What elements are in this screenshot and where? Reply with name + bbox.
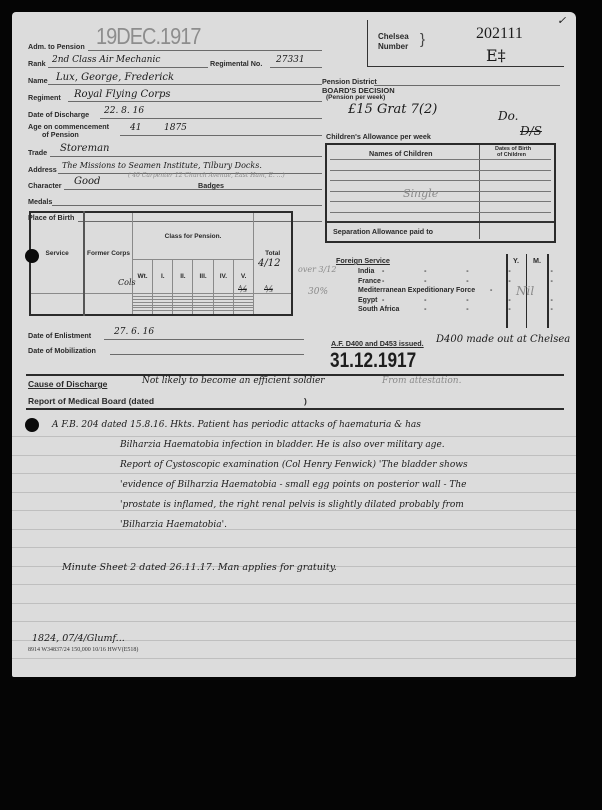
class-cell bbox=[193, 311, 213, 315]
ruled-line bbox=[12, 529, 576, 530]
trade-label: Trade bbox=[28, 148, 47, 157]
children-row-line bbox=[330, 180, 551, 181]
children-row-line bbox=[330, 201, 551, 202]
class-cell bbox=[153, 311, 173, 315]
childrens-allowance-label: Children's Allowance per week bbox=[326, 132, 431, 141]
address-note: ( 40 Carpenter 12 Church Avenue, East Ha… bbox=[128, 172, 285, 179]
class-column-header: III. bbox=[193, 260, 213, 294]
dob-header-line2: of Children bbox=[497, 152, 526, 158]
name-value: Lux, George, Frederick bbox=[56, 72, 174, 83]
punch-hole bbox=[25, 249, 39, 263]
children-table: Names of Children Dates of Birth of Chil… bbox=[325, 143, 556, 243]
class-for-pension-header: Class for Pension. bbox=[132, 212, 253, 260]
total-value: 4/12 bbox=[258, 258, 280, 269]
date-of-enlistment-label: Date of Enlistment bbox=[28, 331, 91, 340]
class-column-header: II. bbox=[173, 260, 193, 294]
total-header: Total bbox=[254, 212, 292, 294]
medical-board-label: Report of Medical Board (dated bbox=[28, 396, 154, 406]
adm-to-pension-label: Adm. to Pension bbox=[28, 42, 85, 51]
leader-dashes: - bbox=[490, 287, 492, 294]
medical-note-line: A F.B. 204 dated 15.8.16. Hkts. Patient … bbox=[52, 420, 421, 430]
ruled-line bbox=[12, 621, 576, 622]
foreign-service-label: Foreign Service bbox=[336, 256, 390, 265]
medical-note-line: 'evidence of Bilharzia Haematobia - smal… bbox=[120, 480, 467, 490]
chelsea-number: 202111 bbox=[476, 25, 523, 43]
names-of-children-header: Names of Children bbox=[369, 149, 433, 158]
minute-sheet-note: Minute Sheet 2 dated 26.11.17. Man appli… bbox=[62, 562, 337, 573]
bottom-handwriting: 1824, 07/4/Glumf... bbox=[32, 633, 125, 644]
total-struck-value: ⅍ bbox=[264, 284, 273, 295]
cause-of-discharge-label: Cause of Discharge bbox=[28, 379, 107, 389]
foreign-service-place: France bbox=[358, 278, 381, 285]
children-note: Single bbox=[403, 187, 438, 200]
foreign-service-place: Egypt bbox=[358, 297, 377, 304]
pension-record-card: 19DEC.1917 ✓ Adm. to Pension Rank 2nd Cl… bbox=[12, 12, 576, 677]
date-of-discharge-value: 22. 8. 16 bbox=[104, 106, 144, 116]
ruled-line bbox=[12, 510, 576, 511]
date-of-enlistment-value: 27. 6. 16 bbox=[114, 327, 154, 337]
children-row-line bbox=[330, 191, 551, 192]
medals-label: Medals bbox=[28, 197, 52, 206]
chelsea-brace: } bbox=[420, 31, 425, 48]
ruled-line bbox=[12, 455, 576, 456]
leader-dashes: - - - - - - bbox=[382, 297, 576, 304]
admission-date-stamp: 19DEC.1917 bbox=[96, 24, 201, 50]
former-corps-value: Cols bbox=[118, 278, 136, 287]
print-line: 8914 W34837/24 150,000 10/16 HWV(E518) bbox=[28, 647, 138, 653]
ruled-line bbox=[12, 603, 576, 604]
foreign-service-place: India bbox=[358, 268, 374, 275]
leader-dashes: - - - - - - bbox=[382, 306, 576, 313]
chelsea-label-line2: Number bbox=[378, 42, 408, 51]
address-value: The Missions to Seamen Institute, Tilbur… bbox=[62, 161, 262, 170]
rank-value: 2nd Class Air Mechanic bbox=[52, 55, 160, 65]
boards-decision-value: £15 Grat 7(2) bbox=[348, 102, 437, 117]
class-column-header: I. bbox=[153, 260, 173, 294]
do-note: Do. bbox=[498, 109, 518, 123]
children-row-line bbox=[330, 212, 551, 213]
regiment-value: Royal Flying Corps bbox=[74, 89, 171, 100]
ruled-line bbox=[12, 584, 576, 585]
trade-value: Storeman bbox=[60, 143, 109, 154]
cause-of-discharge-value: Not likely to become an efficient soldie… bbox=[142, 376, 325, 386]
total-cell bbox=[254, 294, 292, 315]
foreign-service-place: Mediterranean Expeditionary Force bbox=[358, 287, 475, 294]
regimental-no-value: 27331 bbox=[276, 55, 305, 65]
margin-note-percent: 30% bbox=[308, 287, 328, 297]
af-issued-note: D400 made out at Chelsea bbox=[436, 334, 570, 345]
age-value: 41 bbox=[130, 123, 141, 133]
leader-dashes: - - - - - - bbox=[382, 268, 576, 275]
ruled-line bbox=[12, 658, 576, 659]
character-value: Good bbox=[74, 176, 100, 187]
chelsea-annotation: E‡ bbox=[486, 46, 506, 65]
children-row-line bbox=[330, 159, 551, 160]
medical-board-close: ) bbox=[304, 396, 307, 406]
rank-label: Rank bbox=[28, 59, 46, 68]
ruled-line bbox=[12, 473, 576, 474]
separation-allowance-label: Separation Allowance paid to bbox=[333, 227, 433, 236]
af-issued-date: 31.12.1917 bbox=[330, 349, 416, 373]
months-header: M. bbox=[533, 256, 541, 265]
pension-district-label: Pension District bbox=[322, 77, 377, 86]
struck-decision: D/S bbox=[520, 124, 542, 138]
regimental-no-label: Regimental No. bbox=[210, 59, 262, 68]
class-v-struck-value: ⅍ bbox=[238, 284, 247, 295]
years-header: Y. bbox=[513, 256, 519, 265]
af-issued-label: A.F. D400 and D453 issued. bbox=[331, 339, 424, 348]
class-cell bbox=[234, 311, 254, 315]
medical-note-line: Report of Cystoscopic examination (Col H… bbox=[120, 460, 468, 470]
address-label: Address bbox=[28, 165, 57, 174]
badges-label: Badges bbox=[198, 181, 224, 190]
name-label: Name bbox=[28, 76, 48, 85]
punch-hole bbox=[25, 418, 39, 432]
check-mark-icon: ✓ bbox=[557, 14, 566, 27]
birth-year-value: 1875 bbox=[164, 123, 187, 133]
ruled-line bbox=[12, 436, 576, 437]
boards-decision-sublabel: (Pension per week) bbox=[326, 94, 385, 101]
class-cell bbox=[213, 311, 233, 315]
regiment-label: Regiment bbox=[28, 93, 61, 102]
leader-dashes: - - - - - - bbox=[382, 278, 576, 285]
character-label: Character bbox=[28, 181, 62, 190]
ruled-line bbox=[12, 492, 576, 493]
medical-note-line: Bilharzia Haematobia infection in bladde… bbox=[120, 440, 445, 450]
age-label-line2: of Pension bbox=[42, 130, 79, 139]
chelsea-label-line1: Chelsea bbox=[378, 32, 409, 41]
children-row-line bbox=[330, 170, 551, 171]
cause-of-discharge-note: From attestation. bbox=[382, 376, 461, 386]
class-column-header: IV. bbox=[213, 260, 233, 294]
medical-note-line: 'prostate is inflamed, the right renal p… bbox=[120, 500, 464, 510]
class-column-header: Wt. bbox=[132, 260, 152, 294]
date-of-discharge-label: Date of Discharge bbox=[28, 110, 89, 119]
medical-note-line: 'Bilharzia Haematobia'. bbox=[120, 520, 227, 530]
date-of-mobilization-label: Date of Mobilization bbox=[28, 346, 96, 355]
service-cell bbox=[30, 294, 84, 315]
former-corps-cell bbox=[84, 294, 132, 315]
margin-note-over: over 3/12 bbox=[298, 265, 336, 274]
class-cell bbox=[173, 311, 193, 315]
foreign-service-value: Nil bbox=[516, 284, 534, 298]
service-table: Service Former Corps Class for Pension. … bbox=[29, 211, 293, 316]
ruled-line bbox=[12, 547, 576, 548]
class-cell bbox=[132, 311, 152, 315]
